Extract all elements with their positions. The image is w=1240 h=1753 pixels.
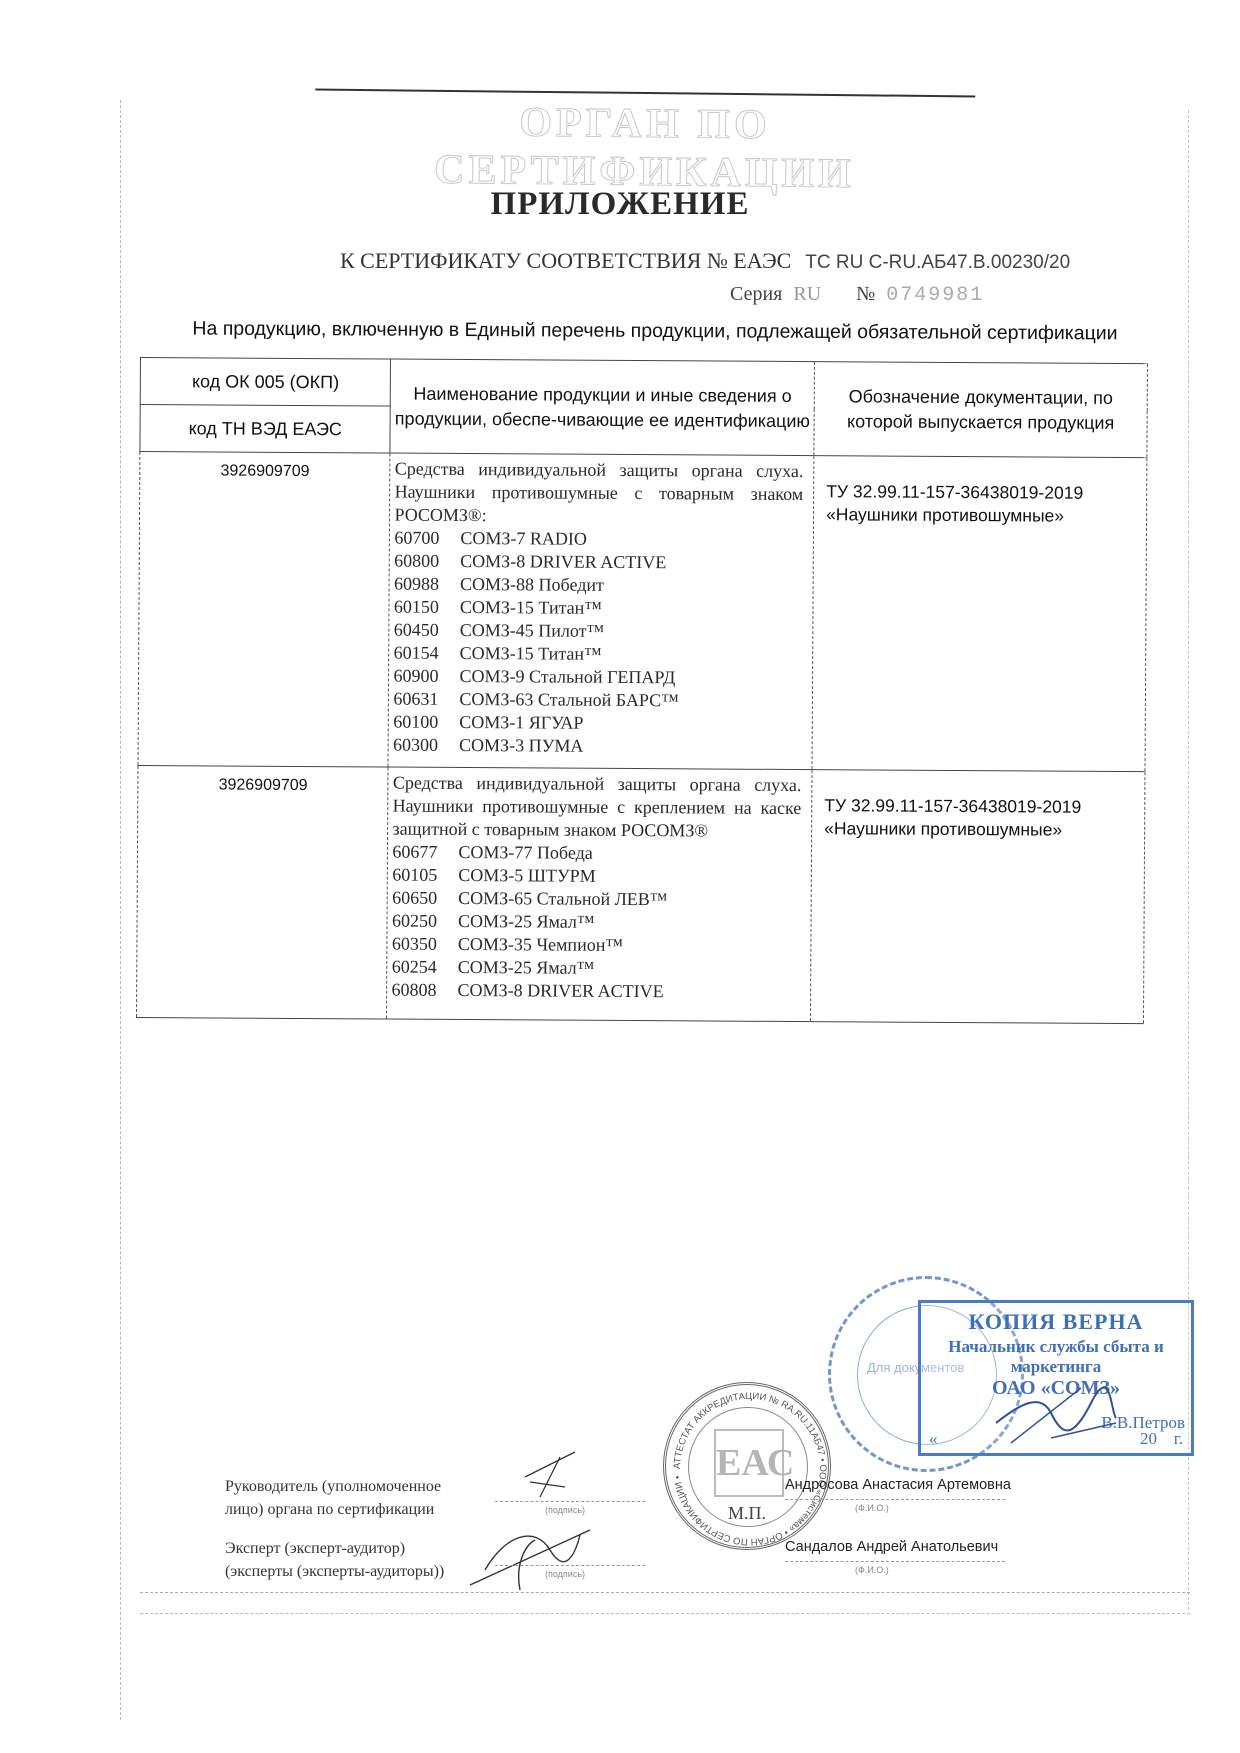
product-item: 60254СОМЗ-25 Ямал™ [392, 956, 801, 981]
expert-role: Эксперт (эксперт-аудитор) (эксперты (экс… [225, 1537, 444, 1583]
series-label: Серия [730, 283, 782, 305]
product-item: 60154СОМЗ-15 Титан™ [394, 642, 803, 667]
copy-stamp-position-cont: маркетинга [921, 1357, 1191, 1377]
product-item: 60700СОМЗ-7 RADIO [394, 527, 803, 552]
copy-stamp-heading: КОПИЯ ВЕРНА [921, 1309, 1191, 1335]
product-item: 60300СОМЗ-3 ПУМА [393, 734, 802, 759]
head-name-line [785, 1499, 1005, 1500]
faded-header-band: ОРГАН ПО СЕРТИФИКАЦИИ [315, 89, 976, 158]
head-signature-caption: (подпись) [545, 1505, 585, 1515]
table-header-row: код ОК 005 (ОКП) Наименование продукции … [140, 358, 1147, 411]
row-documentation: ТУ 32.99.11-157-36438019-2019 «Наушники … [811, 770, 1145, 1024]
expert-signature-caption: (подпись) [545, 1569, 585, 1579]
series-value: RU [793, 283, 821, 305]
form-number: 0749981 [886, 284, 984, 307]
doc-title: «Наушники противошумные» [824, 817, 1134, 842]
head-name: Андросова Анастасия Артемовна [785, 1477, 1011, 1493]
product-item: 60808СОМЗ-8 DRIVER ACTIVE [392, 979, 801, 1004]
product-item: 60450СОМЗ-45 Пилот™ [394, 619, 803, 644]
copy-stamp-signature-icon [991, 1383, 1121, 1453]
certificate-number: ТС RU C-RU.АБ47.В.00230/20 [805, 252, 1070, 273]
row-product-list: Средства индивидуальной защиты органа сл… [388, 453, 814, 770]
scan-edge-left [120, 100, 121, 1720]
doc-title: «Наушники противошумные» [826, 503, 1136, 528]
subtitle-prefix: К СЕРТИФИКАТУ СООТВЕТСТВИЯ № ЕАЭС [340, 248, 791, 273]
header-code-tnved: код ТН ВЭД ЕАЭС [140, 405, 391, 454]
head-fio-caption: (Ф.И.О.) [855, 1503, 889, 1513]
header-product-name: Наименование продукции и иные сведения о… [390, 359, 814, 456]
table-row: 3926909709 Средства индивидуальной защит… [138, 452, 1147, 772]
product-item: 60677СОМЗ-77 Победа [392, 841, 801, 866]
product-item: 60150СОМЗ-15 Титан™ [394, 596, 803, 621]
product-item: 60631СОМЗ-63 Стальной БАРС™ [393, 688, 802, 713]
header-code-okp: код ОК 005 (ОКП) [140, 358, 391, 407]
expert-name: Сандалов Андрей Анатольевич [785, 1539, 998, 1555]
product-item: 60988СОМЗ-88 Победит [394, 573, 803, 598]
product-item: 60800СОМЗ-8 DRIVER ACTIVE [394, 550, 803, 575]
copy-stamp-position: Начальник службы сбыта и [921, 1337, 1191, 1357]
head-role: Руководитель (уполномоченное лицо) орган… [225, 1475, 441, 1521]
copy-certified-stamp: КОПИЯ ВЕРНА Начальник службы сбыта и мар… [918, 1300, 1194, 1456]
header-documentation: Обозначение документации, по которой вып… [814, 362, 1148, 458]
row-code: 3926909709 [138, 452, 390, 768]
head-signature-icon [515, 1447, 585, 1507]
row-documentation: ТУ 32.99.11-157-36438019-2019 «Наушники … [812, 456, 1147, 772]
products-table: код ОК 005 (ОКП) Наименование продукции … [136, 357, 1148, 1024]
faded-header-text: ОРГАН ПО СЕРТИФИКАЦИИ [314, 97, 975, 200]
product-item: 60100СОМЗ-1 ЯГУАР [393, 711, 802, 736]
expert-signature-line [495, 1565, 645, 1566]
expert-name-line [785, 1561, 1005, 1562]
product-item: 60650СОМЗ-65 Стальной ЛЕВ™ [392, 887, 801, 912]
row-description: Средства индивидуальной защиты органа сл… [393, 772, 802, 843]
doc-spec: ТУ 32.99.11-157-36438019-2019 [824, 794, 1134, 819]
expert-fio-caption: (Ф.И.О.) [855, 1565, 889, 1575]
expert-signature-icon [465, 1515, 595, 1595]
product-item: 60105СОМЗ-5 ШТУРМ [392, 864, 801, 889]
row-description: Средства индивидуальной защиты органа сл… [394, 458, 803, 529]
row-product-list: Средства индивидуальной защиты органа сл… [387, 767, 812, 1022]
table-row: 3926909709 Средства индивидуальной защит… [136, 765, 1145, 1023]
page-title: ПРИЛОЖЕНИЕ [0, 186, 1240, 223]
number-label: № [856, 283, 875, 305]
certificate-appendix-page: ОРГАН ПО СЕРТИФИКАЦИИ ПРИЛОЖЕНИЕ К СЕРТИ… [0, 0, 1240, 1753]
product-item: 60900СОМЗ-9 Стальной ГЕПАРД [393, 665, 802, 690]
product-item: 60250СОМЗ-25 Ямал™ [392, 910, 801, 935]
series-line: Серия RU № 0749981 [730, 283, 984, 307]
doc-spec: ТУ 32.99.11-157-36438019-2019 [826, 480, 1136, 505]
faded-footer-band [140, 1592, 1190, 1614]
row-code: 3926909709 [136, 765, 388, 1019]
scope-statement: На продукцию, включенную в Единый перече… [190, 318, 1120, 346]
certificate-subtitle: К СЕРТИФИКАТУ СООТВЕТСТВИЯ № ЕАЭСТС RU C… [340, 248, 1070, 274]
head-signature-line [495, 1501, 645, 1502]
product-item: 60350СОМЗ-35 Чемпион™ [392, 933, 801, 958]
